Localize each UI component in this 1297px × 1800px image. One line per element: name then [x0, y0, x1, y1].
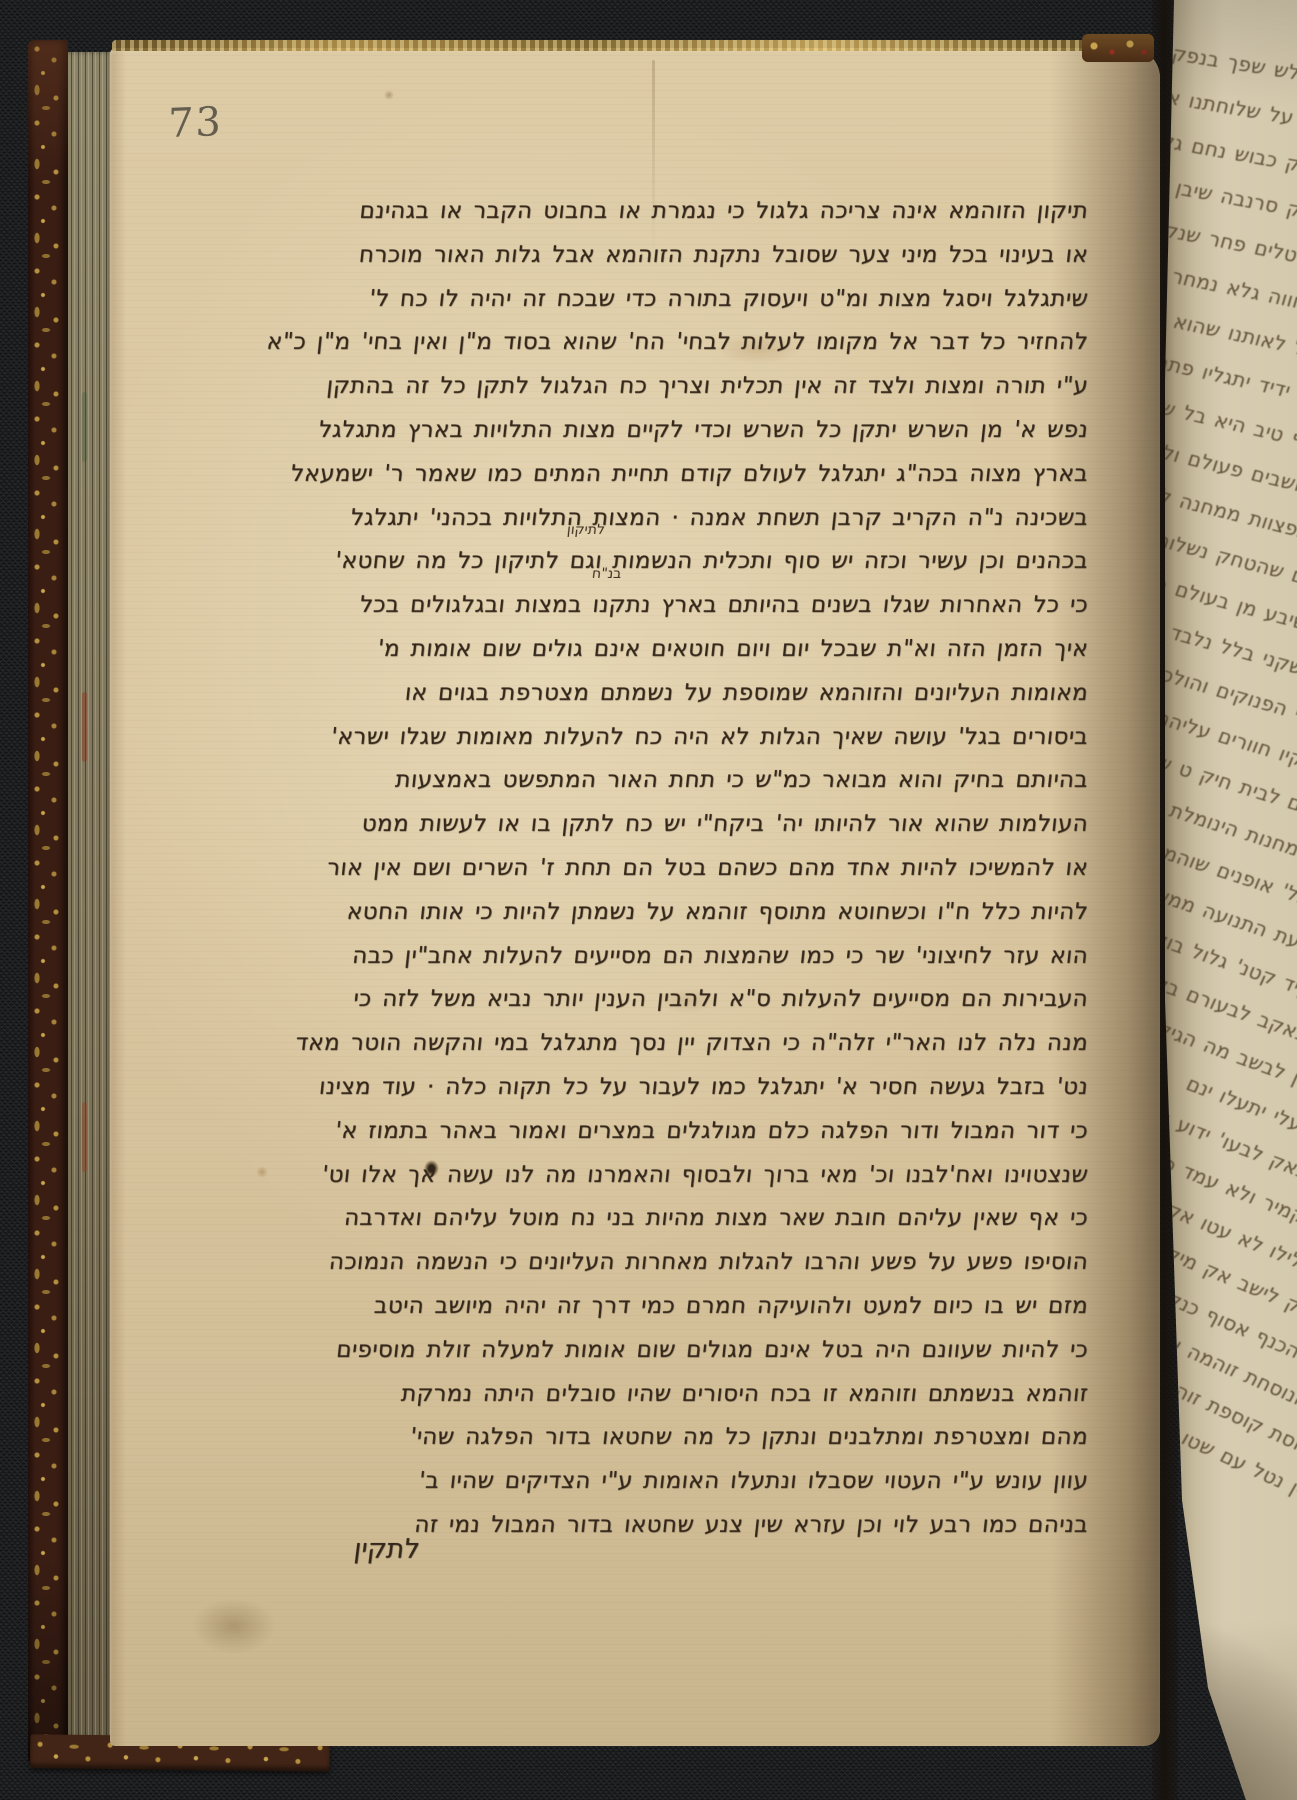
manuscript-line: הוסיפו פשע על פשע והרבו להגלות מאחרות הע…: [291, 1241, 1091, 1285]
facing-page-line: גל' טלים פחר שנקפים: [1162, 212, 1297, 274]
manuscript-line: בשכינה נ"ה הקריב קרבן תשחת אמנה · המצות …: [291, 497, 1091, 541]
manuscript-line: נט' בזבל געשה חסיר א' יתגלגל כמו לעבור ע…: [291, 1066, 1091, 1110]
manuscript-line: ע"י תורה ומצות ולצד זה אין תכלית וצריך כ…: [291, 365, 1091, 409]
facing-page-line: כיה על שלוחתנו אחיו: [1162, 81, 1297, 136]
manuscript-line: העולמות שהוא אור להיותו יה' ביקח"י יש כח…: [291, 803, 1091, 847]
manuscript-line: העבירות הם מסייעים להעלות ס"א ולהבין הענ…: [291, 978, 1091, 1022]
manuscript-line: או להמשיכו להיות אחד מהם כשהם בטל הם תחת…: [291, 847, 1091, 891]
manuscript-line: נפש א' מן השרש יתקן כל השרש וכדי לקיים מ…: [291, 409, 1091, 453]
manuscript-line: ביסורים בגל' עושה שאיך הגלות לא היה כח ל…: [291, 716, 1091, 760]
manuscript-line: כי דור המבול ודור הפלגה כלם מגולגלים במצ…: [291, 1110, 1091, 1154]
manuscript-line: איך הזמן הזה וא"ת שבכל יום ויום חוטאים א…: [291, 628, 1091, 672]
manuscript-line: בארץ מצוה בכה"ג יתגלגל לעולם קודם תחיית …: [291, 453, 1091, 497]
catchword: לתקין: [352, 1534, 421, 1565]
manuscript-line: שנצטוינו ואח'לבנו וכ' מאי ברוך ולבסוף וה…: [291, 1154, 1091, 1198]
folio-number: 73: [168, 99, 224, 147]
manuscript-line: או בעינוי בכל מיני צער שסובל נתקנת הזוהמ…: [291, 234, 1091, 278]
manuscript-text: תיקון הזוהמא אינה צריכה גלגול כי נגמרת א…: [293, 190, 1088, 1548]
manuscript-line: בהיותם בחיק והוא מבואר כמ"ש כי תחת האור …: [291, 759, 1091, 803]
manuscript-line: בכהנים וכן עשיר וכזה יש סוף ותכלית הנשמו…: [291, 540, 1091, 584]
manuscript-line: כי להיות שעוונם היה בטל אינם מגולים שום …: [291, 1329, 1091, 1373]
manuscript-line: מהם ומצטרפת ומתלבנים ונתקן כל מה שחטאו ב…: [291, 1416, 1091, 1460]
facing-page-line: להוק כבוש נחם גלויה: [1162, 125, 1297, 182]
manuscript-line: כי אף שאין עליהם חובת שאר מצות מהיות בני…: [291, 1197, 1091, 1241]
manuscript-line: תיקון הזוהמא אינה צריכה גלגול כי נגמרת א…: [291, 190, 1091, 234]
manuscript-line: כי כל האחרות שגלו בשנים בהיותם בארץ נתקנ…: [291, 584, 1091, 628]
facing-page-line: סרוק סרנבה שיבן קחליפ: [1162, 164, 1297, 228]
interlinear-note: בנ"ח: [591, 566, 622, 582]
manuscript-line: להחזיר כל דבר אל מקומו לעלות לבחי' הח' ש…: [291, 321, 1091, 365]
facing-page-line: וכן לש שפך בנפקנות: [1162, 37, 1297, 90]
leaf-edges: [64, 52, 114, 1752]
gilt-leather-spine: [28, 40, 68, 1762]
manuscript-photo: 73 תיקון הזוהמא אינה צריכה גלגול כי נגמר…: [0, 0, 1297, 1800]
gilt-top-edge: [112, 40, 1152, 51]
manuscript-line: זוהמא בנשמתם וזוהמא זו בכח היסורים שהיו …: [291, 1373, 1091, 1417]
manuscript-line: עוון עונש ע"י העטוי שסבלו ונתעלו האומות …: [291, 1460, 1091, 1504]
headcap-decoration: [1082, 34, 1154, 62]
interlinear-note: לתיקון: [566, 522, 606, 538]
manuscript-line: להיות כלל ח"ו וכשחוטא מתוסף זוהמא על נשמ…: [291, 891, 1091, 935]
manuscript-line: מנה נלה לנו האר"י זלה"ה כי הצדוק יין נסך…: [291, 1022, 1091, 1066]
manuscript-line: מאומות העליונים והזוהמא שמוספת על נשמתם …: [291, 672, 1091, 716]
manuscript-line: מזם יש בו כיום למעט ולהועיקה חמרם כמי דר…: [291, 1285, 1091, 1329]
manuscript-line: הוא עזר לחיצוני' שר כי כמו שהמצות הם מסי…: [291, 935, 1091, 979]
manuscript-line: שיתגלגל ויסגל מצות ומ"ט ויעסוק בתורה כדי…: [291, 278, 1091, 322]
